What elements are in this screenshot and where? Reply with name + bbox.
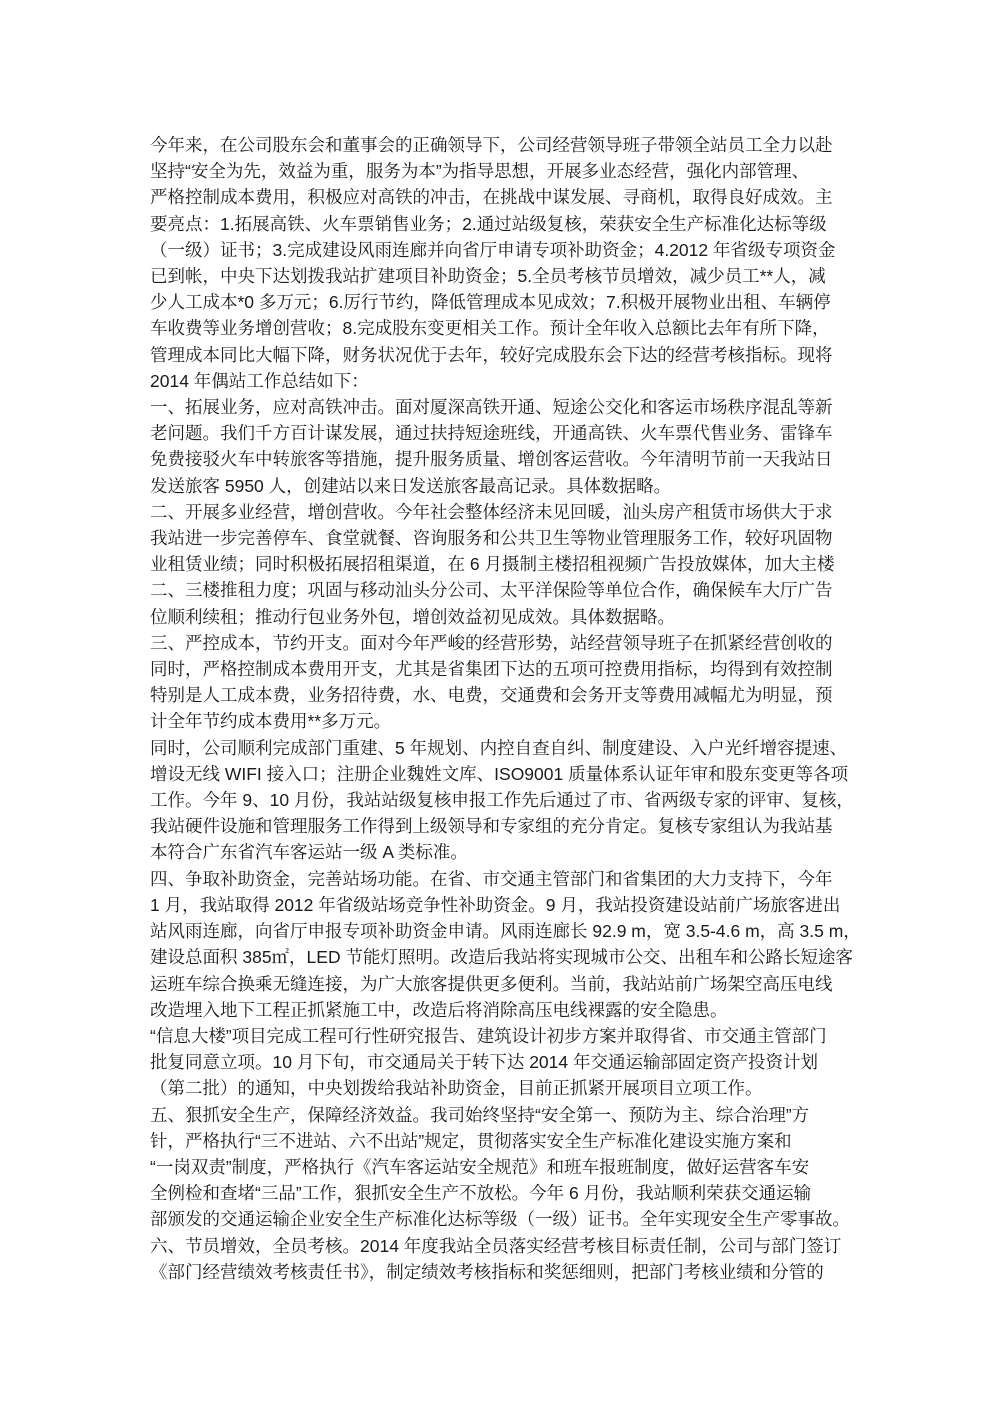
text-line: 五、狠抓安全生产，保障经济效益。我司始终坚持“安全第一、预防为主、综合治理”方 bbox=[150, 1102, 852, 1128]
text-line: 老问题。我们千方百计谋发展，通过扶持短途班线，开通高铁、火车票代售业务、雷锋车 bbox=[150, 420, 852, 446]
text-line: 站风雨连廊，向省厅申报专项补助资金申请。风雨连廊长 92.9 m，宽 3.5-4… bbox=[150, 918, 852, 944]
text-line: 增设无线 WIFI 接入口；注册企业魏姓文库、ISO9001 质量体系认证年审和… bbox=[150, 761, 852, 787]
text-line: 同时，公司顺利完成部门重建、5 年规划、内控自查自纠、制度建设、入户光纤增容提速… bbox=[150, 735, 852, 761]
text-line: 坚持“安全为先，效益为重，服务为本”为指导思想，开展多业态经营，强化内部管理、 bbox=[150, 158, 852, 184]
paragraph: 同时，公司顺利完成部门重建、5 年规划、内控自查自纠、制度建设、入户光纤增容提速… bbox=[150, 735, 852, 866]
text-line: 建设总面积 385㎡，LED 节能灯照明。改造后我站将实现城市公交、出租车和公路… bbox=[150, 944, 852, 970]
text-line: 发送旅客 5950 人，创建站以来日发送旅客最高记录。具体数据略。 bbox=[150, 473, 852, 499]
text-line: 今年来，在公司股东会和董事会的正确领导下，公司经营领导班子带领全站员工全力以赴 bbox=[150, 132, 852, 158]
text-line: 少人工成本*0 多万元；6.厉行节约，降低管理成本见成效；7.积极开展物业出租、… bbox=[150, 289, 852, 315]
text-line: 2014 年偶站工作总结如下： bbox=[150, 368, 852, 394]
text-line: 车收费等业务增创营收；8.完成股东变更相关工作。预计全年收入总额比去年有所下降， bbox=[150, 315, 852, 341]
text-line: 严格控制成本费用，积极应对高铁的冲击，在挑战中谋发展、寻商机，取得良好成效。主 bbox=[150, 184, 852, 210]
text-line: 管理成本同比大幅下降，财务状况优于去年，较好完成股东会下达的经营考核指标。现将 bbox=[150, 342, 852, 368]
text-line: 针，严格执行“三不进站、六不出站”规定，贯彻落实安全生产标准化建设实施方案和 bbox=[150, 1128, 852, 1154]
text-line: 《部门经营绩效考核责任书》，制定绩效考核指标和奖惩细则，把部门考核业绩和分管的 bbox=[150, 1259, 852, 1285]
text-line: “一岗双责”制度，严格执行《汽车客运站安全规范》和班车报班制度，做好运营客车安 bbox=[150, 1154, 852, 1180]
text-line: （一级）证书；3.完成建设风雨连廊并向省厅申请专项补助资金；4.2012 年省级… bbox=[150, 237, 852, 263]
paragraph: 今年来，在公司股东会和董事会的正确领导下，公司经营领导班子带领全站员工全力以赴坚… bbox=[150, 132, 852, 394]
text-line: 要亮点：1.拓展高铁、火车票销售业务；2.通过站级复核，荣获安全生产标准化达标等… bbox=[150, 211, 852, 237]
text-line: 四、争取补助资金，完善站场功能。在省、市交通主管部门和省集团的大力支持下，今年 bbox=[150, 866, 852, 892]
text-line: 免费接驳火车中转旅客等措施，提升服务质量、增创客运营收。今年清明节前一天我站日 bbox=[150, 446, 852, 472]
paragraph: 五、狠抓安全生产，保障经济效益。我司始终坚持“安全第一、预防为主、综合治理”方针… bbox=[150, 1102, 852, 1233]
paragraph: 二、开展多业经营，增创营收。今年社会整体经济未见回暖，汕头房产租赁市场供大于求我… bbox=[150, 499, 852, 630]
paragraph: “信息大楼”项目完成工程可行性研究报告、建筑设计初步方案并取得省、市交通主管部门… bbox=[150, 1023, 852, 1102]
text-line: 本符合广东省汽车客运站一级 A 类标准。 bbox=[150, 839, 852, 865]
text-line: 改造埋入地下工程正抓紧施工中，改造后将消除高压电线裸露的安全隐患。 bbox=[150, 997, 852, 1023]
text-line: 我站进一步完善停车、食堂就餐、咨询服务和公共卫生等物业管理服务工作，较好巩固物 bbox=[150, 525, 852, 551]
paragraph: 四、争取补助资金，完善站场功能。在省、市交通主管部门和省集团的大力支持下，今年1… bbox=[150, 866, 852, 1023]
text-line: 一、拓展业务，应对高铁冲击。面对厦深高铁开通、短途公交化和客运市场秩序混乱等新 bbox=[150, 394, 852, 420]
text-line: 运班车综合换乘无缝连接，为广大旅客提供更多便利。当前，我站站前广场架空高压电线 bbox=[150, 971, 852, 997]
text-line: 二、开展多业经营，增创营收。今年社会整体经济未见回暖，汕头房产租赁市场供大于求 bbox=[150, 499, 852, 525]
text-line: 六、节员增效，全员考核。2014 年度我站全员落实经营考核目标责任制，公司与部门… bbox=[150, 1233, 852, 1259]
text-line: 计全年节约成本费用**多万元。 bbox=[150, 708, 852, 734]
text-line: 工作。今年 9、10 月份，我站站级复核申报工作先后通过了市、省两级专家的评审、… bbox=[150, 787, 852, 813]
text-line: 同时，严格控制成本费用开支，尤其是省集团下达的五项可控费用指标，均得到有效控制 bbox=[150, 656, 852, 682]
text-line: “信息大楼”项目完成工程可行性研究报告、建筑设计初步方案并取得省、市交通主管部门 bbox=[150, 1023, 852, 1049]
paragraph: 三、严控成本，节约开支。面对今年严峻的经营形势，站经营领导班子在抓紧经营创收的同… bbox=[150, 630, 852, 735]
paragraph: 一、拓展业务，应对高铁冲击。面对厦深高铁开通、短途公交化和客运市场秩序混乱等新老… bbox=[150, 394, 852, 499]
text-line: 三、严控成本，节约开支。面对今年严峻的经营形势，站经营领导班子在抓紧经营创收的 bbox=[150, 630, 852, 656]
text-line: 二、三楼推租力度；巩固与移动汕头分公司、太平洋保险等单位合作，确保候车大厅广告 bbox=[150, 577, 852, 603]
text-line: 1 月，我站取得 2012 年省级站场竞争性补助资金。9 月，我站投资建设站前广… bbox=[150, 892, 852, 918]
text-line: 特别是人工成本费，业务招待费，水、电费，交通费和会务开支等费用减幅尤为明显，预 bbox=[150, 682, 852, 708]
document-page: 今年来，在公司股东会和董事会的正确领导下，公司经营领导班子带领全站员工全力以赴坚… bbox=[0, 0, 1000, 1415]
text-line: 业租赁业绩；同时积极拓展招租渠道，在 6 月摄制主楼招租视频广告投放媒体，加大主… bbox=[150, 551, 852, 577]
text-line: 全例检和查堵“三品”工作，狠抓安全生产不放松。今年 6 月份，我站顺利荣获交通运… bbox=[150, 1180, 852, 1206]
text-line: 批复同意立项。10 月下旬，市交通局关于转下达 2014 年交通运输部固定资产投… bbox=[150, 1049, 852, 1075]
text-line: 我站硬件设施和管理服务工作得到上级领导和专家组的充分肯定。复核专家组认为我站基 bbox=[150, 813, 852, 839]
text-line: 位顺利续租；推动行包业务外包，增创效益初见成效。具体数据略。 bbox=[150, 604, 852, 630]
text-line: 部颁发的交通运输企业安全生产标准化达标等级（一级）证书。全年实现安全生产零事故。 bbox=[150, 1206, 852, 1232]
paragraph: 六、节员增效，全员考核。2014 年度我站全员落实经营考核目标责任制，公司与部门… bbox=[150, 1233, 852, 1285]
text-line: （第二批）的通知，中央划拨给我站补助资金，目前正抓紧开展项目立项工作。 bbox=[150, 1075, 852, 1101]
document-body: 今年来，在公司股东会和董事会的正确领导下，公司经营领导班子带领全站员工全力以赴坚… bbox=[150, 132, 852, 1285]
text-line: 已到帐，中央下达划拨我站扩建项目补助资金；5.全员考核节员增效，减少员工**人，… bbox=[150, 263, 852, 289]
